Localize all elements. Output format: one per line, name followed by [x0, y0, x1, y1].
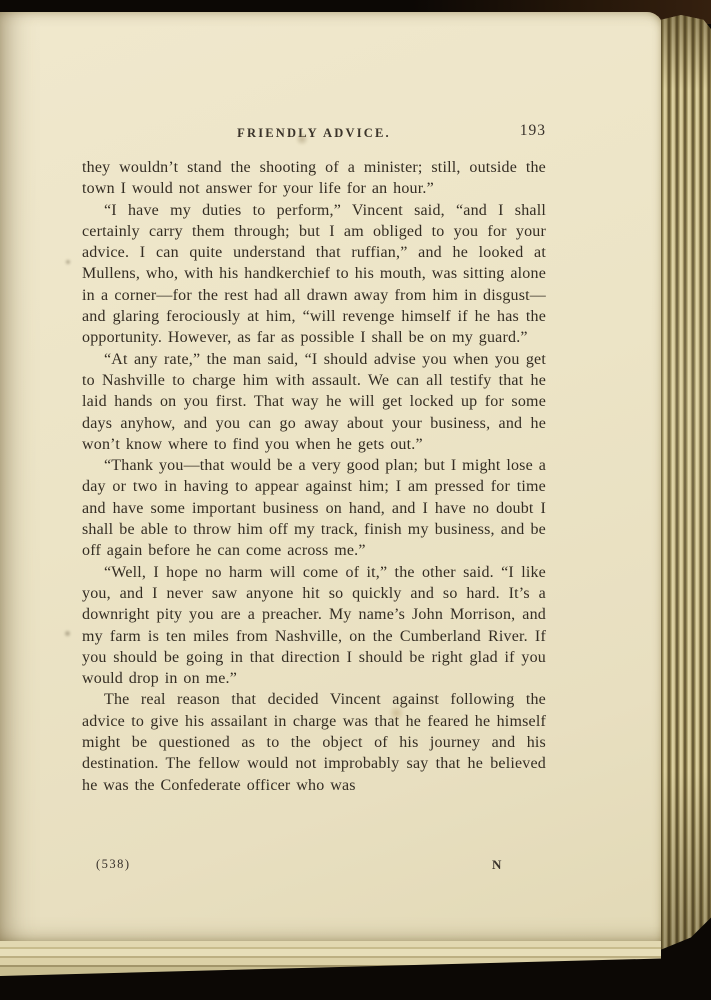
paper-stain	[65, 259, 71, 265]
book-page: FRIENDLY ADVICE. 193 they wouldn’t stand…	[0, 12, 663, 941]
paragraph-3: “At any rate,” the man said, “I should a…	[82, 349, 546, 455]
paper-stain	[64, 630, 71, 637]
page-edges-right	[661, 15, 711, 960]
paper-stain	[388, 706, 405, 720]
page-number: 193	[82, 122, 546, 140]
book-scan: FRIENDLY ADVICE. 193 they wouldn’t stand…	[0, 0, 711, 1000]
page-edges-bottom	[0, 941, 661, 976]
paragraph-6: The real reason that decided Vincent aga…	[82, 689, 546, 795]
paper-stain	[295, 133, 309, 145]
paragraph-4: “Thank you—that would be a very good pla…	[82, 455, 546, 561]
gathering-letter: N	[492, 857, 501, 873]
printer-signature: (538)	[96, 857, 131, 872]
paragraph-5: “Well, I hope no harm will come of it,” …	[82, 562, 546, 690]
body-text: they wouldn’t stand the shooting of a mi…	[82, 157, 546, 796]
paragraph-1: they wouldn’t stand the shooting of a mi…	[82, 157, 546, 200]
paragraph-2: “I have my duties to perform,” Vincent s…	[82, 200, 546, 349]
